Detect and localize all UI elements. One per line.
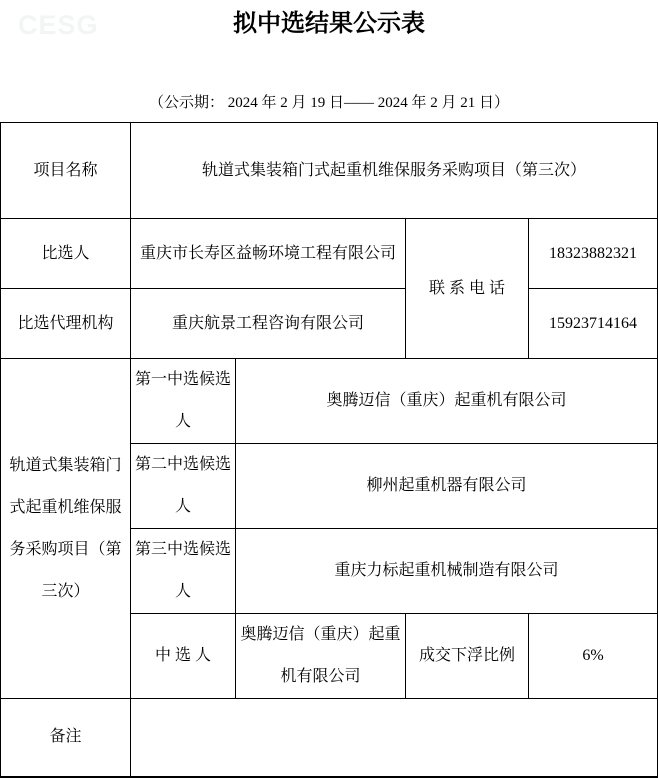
discount-ratio-value: 6% bbox=[529, 614, 658, 699]
candidate-2-company: 柳州起重机器有限公司 bbox=[236, 444, 658, 529]
result-table: 项目名称 轨道式集装箱门式起重机维保服务采购项目（第三次） 比选人 重庆市长寿区… bbox=[0, 122, 658, 778]
candidate-3-label: 第三中选候选人 bbox=[131, 529, 236, 614]
candidate-1-company: 奥腾迈信（重庆）起重机有限公司 bbox=[236, 359, 658, 444]
agency-company: 重庆航景工程咨询有限公司 bbox=[131, 289, 406, 359]
table-row: 备注 bbox=[1, 699, 658, 777]
table-row: 比选代理机构 重庆航景工程咨询有限公司 15923714164 bbox=[1, 289, 658, 359]
project-span-label: 轨道式集装箱门式起重机维保服务采购项目（第三次） bbox=[1, 359, 131, 699]
candidate-1-label: 第一中选候选人 bbox=[131, 359, 236, 444]
winner-company: 奥腾迈信（重庆）起重机有限公司 bbox=[236, 614, 406, 699]
candidate-3-company: 重庆力标起重机械制造有限公司 bbox=[236, 529, 658, 614]
winner-label: 中 选 人 bbox=[131, 614, 236, 699]
notice-document-page: CESG 拟中选结果公示表 （公示期： 2024 年 2 月 19 日—— 20… bbox=[0, 0, 658, 778]
notice-period: （公示期： 2024 年 2 月 19 日—— 2024 年 2 月 21 日） bbox=[0, 93, 658, 113]
agency-label: 比选代理机构 bbox=[1, 289, 131, 359]
agency-phone: 15923714164 bbox=[529, 289, 658, 359]
discount-ratio-label: 成交下浮比例 bbox=[406, 614, 529, 699]
table-row: 项目名称 轨道式集装箱门式起重机维保服务采购项目（第三次） bbox=[1, 123, 658, 219]
table-row: 比选人 重庆市长寿区益畅环境工程有限公司 联 系 电 话 18323882321 bbox=[1, 219, 658, 289]
remark-value bbox=[131, 699, 658, 777]
project-name-label: 项目名称 bbox=[1, 123, 131, 219]
cesg-watermark: CESG bbox=[18, 10, 99, 41]
candidate-2-label: 第二中选候选人 bbox=[131, 444, 236, 529]
bidder-label: 比选人 bbox=[1, 219, 131, 289]
bidder-company: 重庆市长寿区益畅环境工程有限公司 bbox=[131, 219, 406, 289]
table-row: 轨道式集装箱门式起重机维保服务采购项目（第三次） 第一中选候选人 奥腾迈信（重庆… bbox=[1, 359, 658, 444]
contact-phone-label: 联 系 电 话 bbox=[406, 219, 529, 359]
page-title: 拟中选结果公示表 bbox=[0, 0, 658, 40]
project-name-value: 轨道式集装箱门式起重机维保服务采购项目（第三次） bbox=[131, 123, 658, 219]
remark-label: 备注 bbox=[1, 699, 131, 777]
bidder-phone: 18323882321 bbox=[529, 219, 658, 289]
